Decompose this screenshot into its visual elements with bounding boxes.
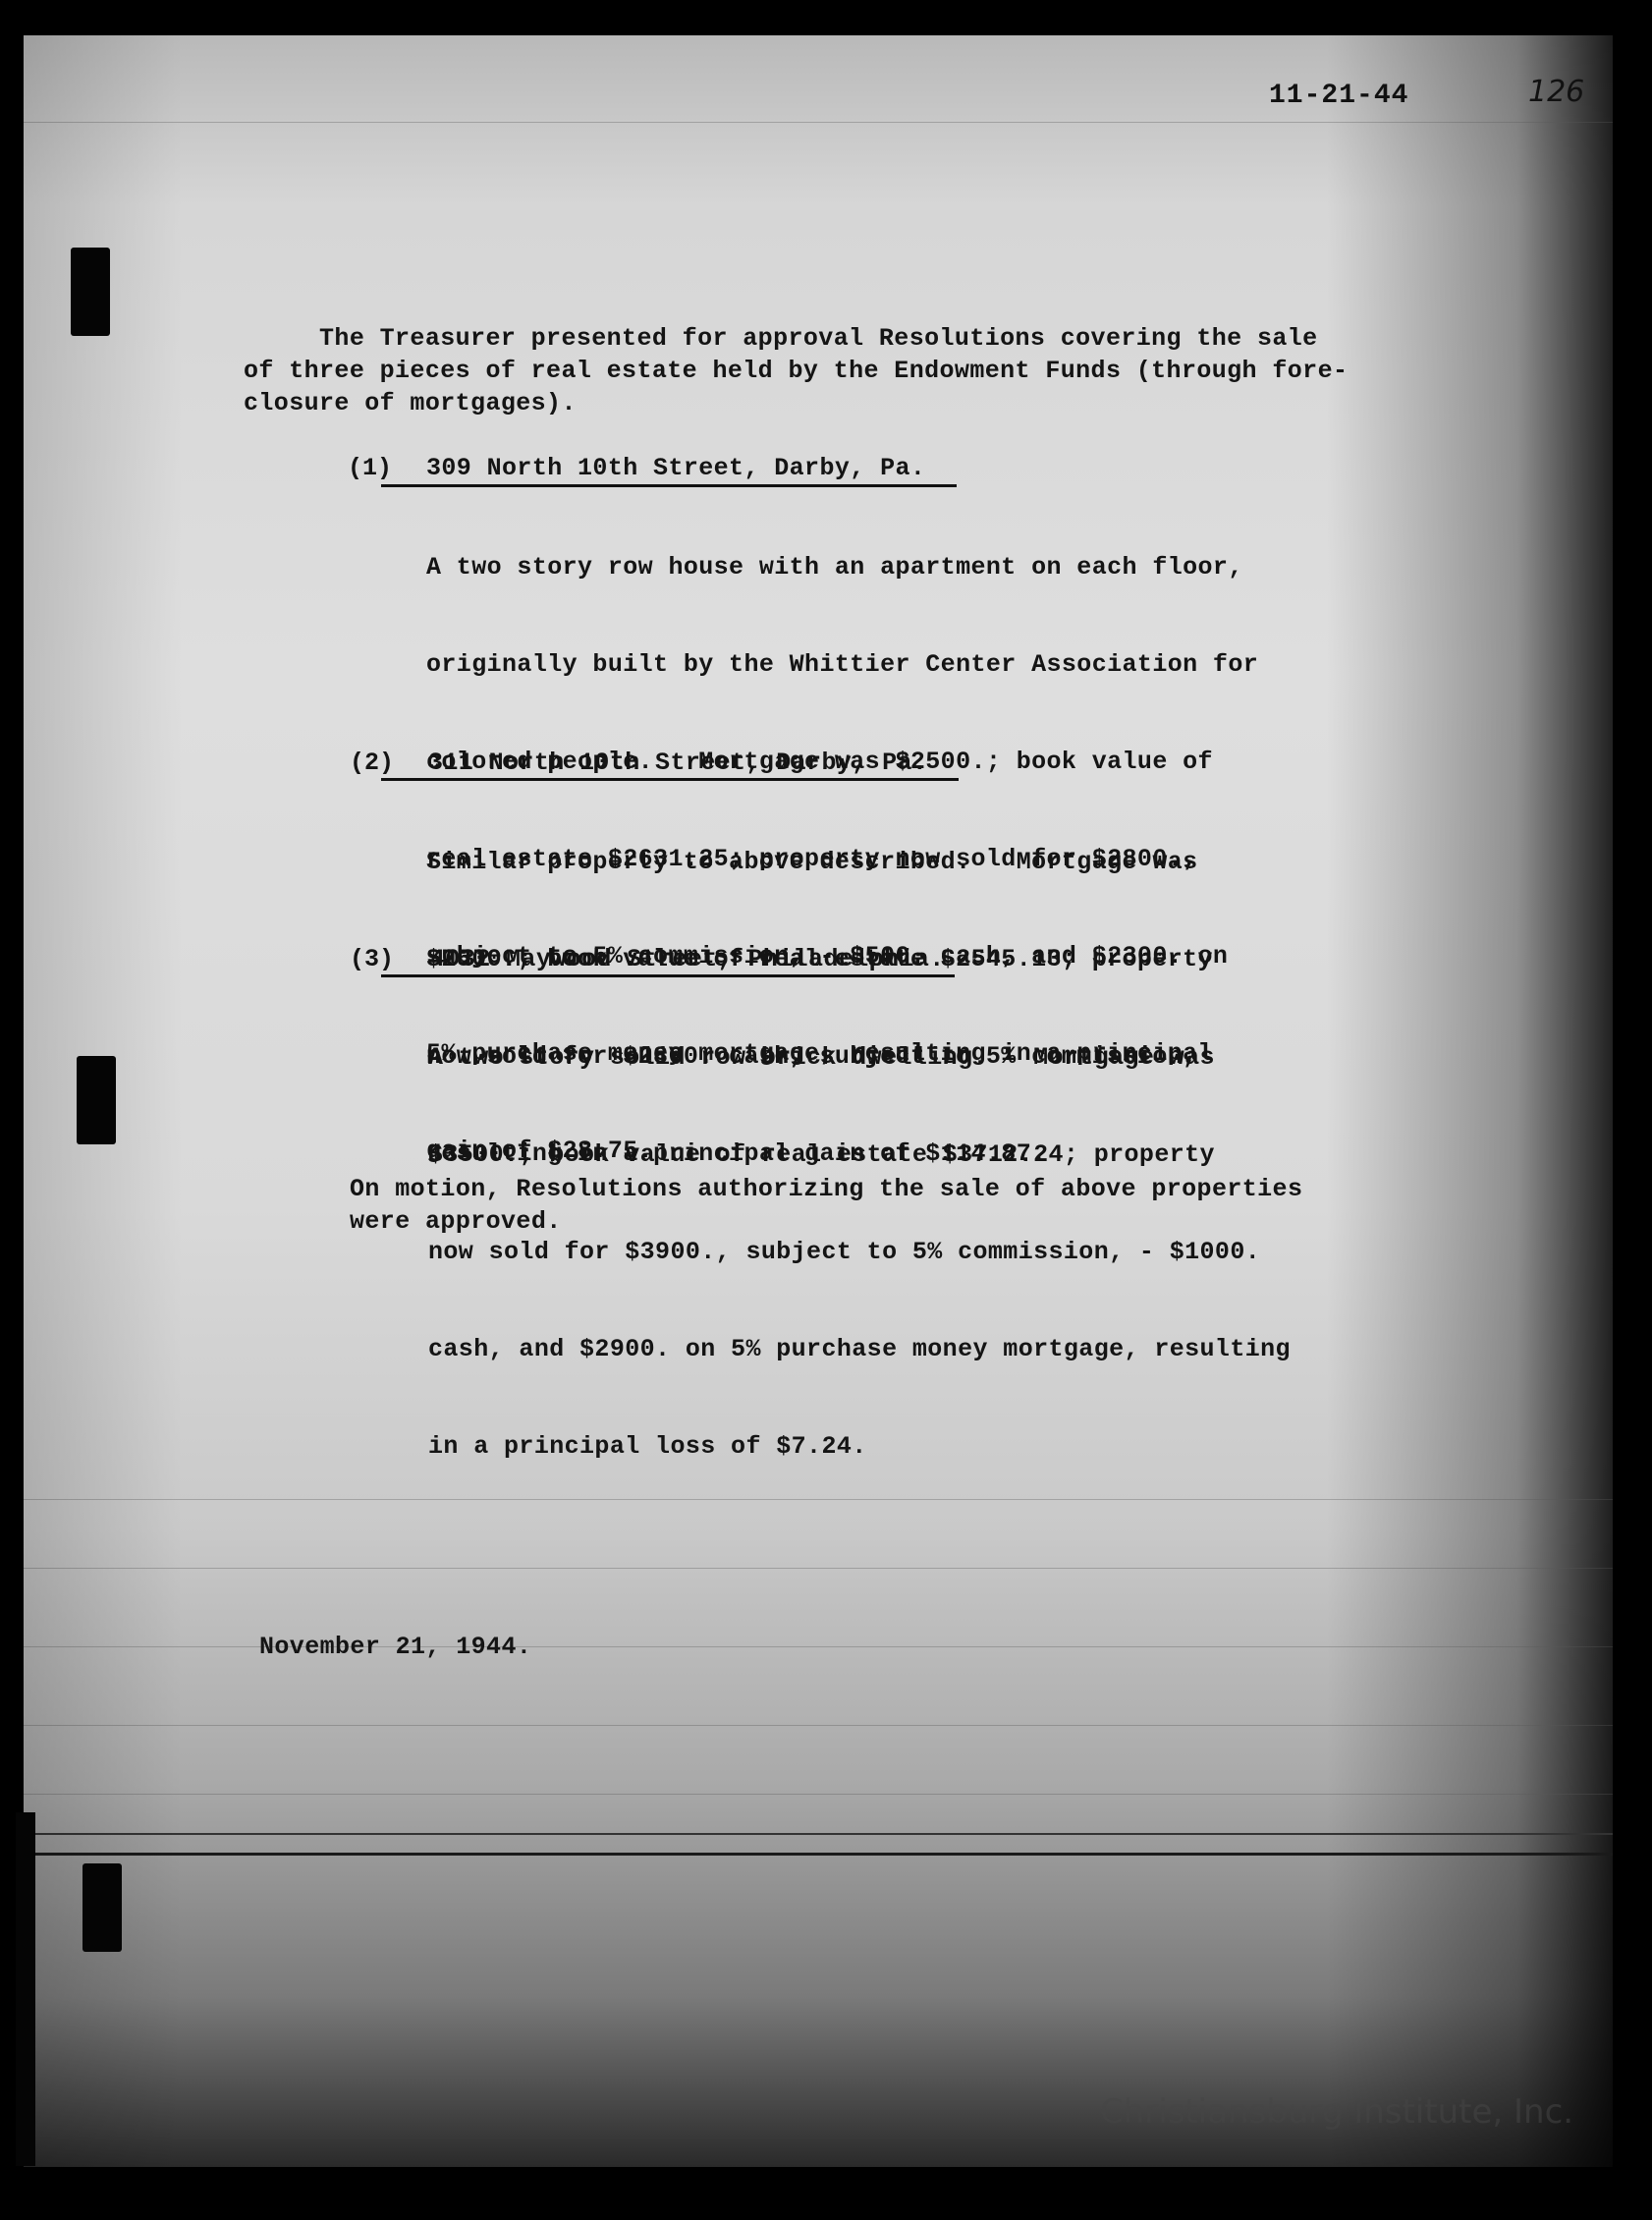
ruled-line — [24, 1725, 1613, 1726]
date-stamp: 11-21-44 — [1269, 81, 1408, 111]
intro-line: The Treasurer presented for approval Res… — [244, 322, 1318, 355]
divider-line — [24, 1833, 1613, 1835]
film-edge-bar — [16, 1812, 35, 2166]
page-number: 126 — [1528, 75, 1584, 109]
ruled-line — [24, 122, 1613, 123]
watermark: Christiansburg Institute, Inc. — [1100, 2092, 1573, 2132]
intro-line: closure of mortgages). — [244, 387, 577, 419]
punch-hole — [71, 248, 110, 336]
closing-line: were approved. — [350, 1205, 562, 1238]
body-line: Similar property to above described. Mor… — [426, 846, 1213, 878]
body-line: A two story solid row brick dwelling. Mo… — [428, 1041, 1291, 1074]
item-number: (3) — [350, 945, 394, 973]
item-number: (2) — [350, 749, 394, 777]
intro-line: of three pieces of real estate held by t… — [244, 355, 1348, 387]
body-line: in a principal loss of $7.24. — [428, 1430, 1291, 1463]
body-line: $3500.; book value of real estate $3712.… — [428, 1138, 1291, 1171]
item-title: 311 North 10th Street, Darby, Pa. — [428, 749, 927, 777]
punch-hole — [77, 1056, 116, 1144]
body-line: cash, and $2900. on 5% purchase money mo… — [428, 1333, 1291, 1365]
ruled-line — [24, 1568, 1613, 1569]
item-title: 309 North 10th Street, Darby, Pa. — [426, 454, 925, 482]
body-line: originally built by the Whittier Center … — [426, 648, 1258, 681]
item-number: (1) — [348, 454, 392, 482]
ruled-line — [24, 1794, 1613, 1795]
divider-line — [24, 1853, 1613, 1856]
punch-hole — [83, 1863, 122, 1952]
body-line: now sold for $3900., subject to 5% commi… — [428, 1236, 1291, 1268]
item-body: A two story solid row brick dwelling. Mo… — [428, 976, 1291, 1527]
footer-date: November 21, 1944. — [259, 1631, 531, 1663]
item-title: 4032 Maywood Street, Philadelphia. — [430, 945, 945, 973]
closing-line: On motion, Resolutions authorizing the s… — [350, 1173, 1302, 1205]
body-line: A two story row house with an apartment … — [426, 551, 1258, 583]
